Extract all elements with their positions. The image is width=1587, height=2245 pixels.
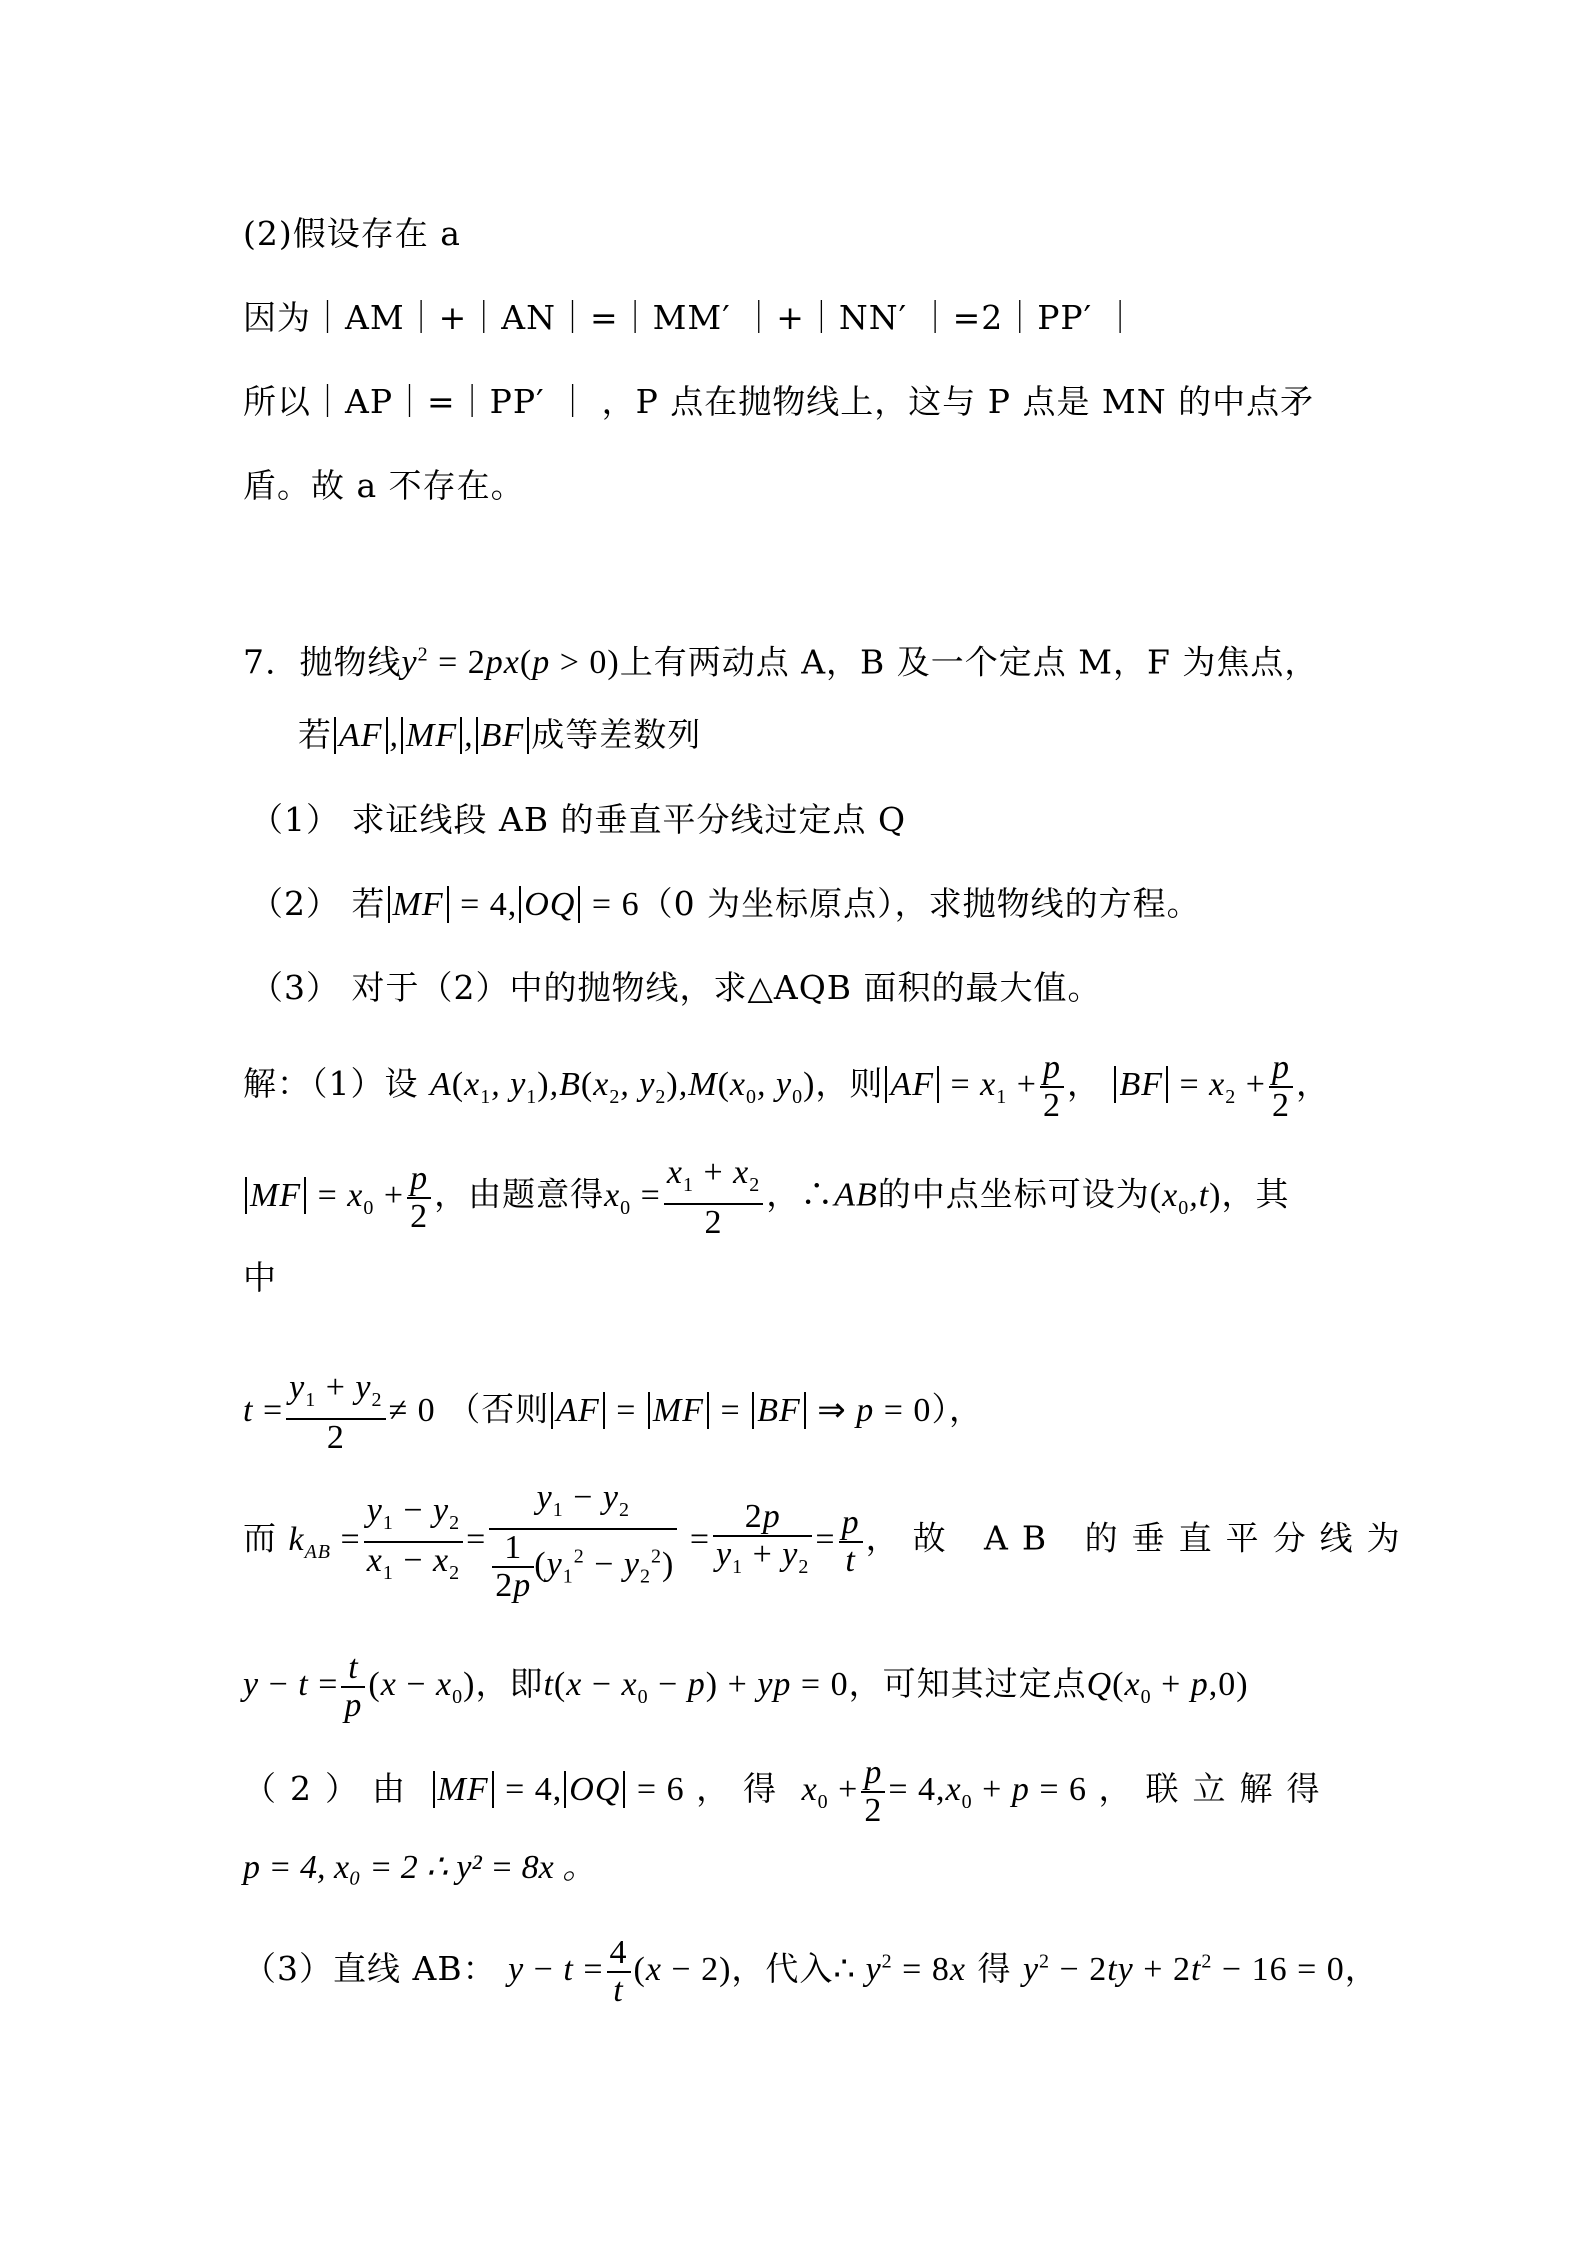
solution-line-1: 解：（1）设 A(x1, y1),B(x2, y2),M(x0, y0)，则AF… — [243, 1050, 1330, 1124]
solution-line-2: MF = x0 +p2，由题意得x0 =x1 + x22，∴AB的中点坐标可设为… — [243, 1155, 1289, 1241]
part-2: （2） 若MF = 4,OQ = 6（0 为坐标原点），求抛物线的方程。 — [250, 884, 1201, 925]
sol-part3: （3）直线 AB： — [243, 1949, 497, 1988]
parabola-equation: y2 = 2px(p > 0) — [401, 644, 619, 681]
solution-line-6: y − t =tp(x − x0)，即t(x − x0 − p) + yp = … — [243, 1650, 1249, 1724]
part-1: （1） 求证线段 AB 的垂直平分线过定点 Q — [250, 800, 906, 840]
part-label: （2） — [250, 884, 340, 923]
prior-solution-line-1: (2)假设存在 a — [243, 214, 461, 254]
slope-derivation: kAB =y1 − y2x1 − x2=y1 − y212p(y12 − y22… — [289, 1521, 866, 1558]
problem-number: 7. — [243, 642, 277, 681]
sol-join: ，联立解得 — [1099, 1769, 1334, 1808]
sol-ji: ，即 — [475, 1664, 543, 1703]
ab-symbol: AB — [834, 1177, 878, 1214]
sol-therefore: ，∴ — [766, 1175, 834, 1214]
part-text: 求证线段 AB 的垂直平分线过定点 Q — [352, 800, 907, 839]
solution-line-3: 中 — [243, 1258, 277, 1298]
t-formula: t =y1 + y22≠ 0 — [243, 1392, 436, 1429]
sol-given: ，由题意得 — [434, 1175, 604, 1214]
prior-solution-line-4: 盾。故 a 不存在。 — [243, 466, 525, 506]
sol-de: ，得 — [696, 1769, 790, 1808]
af-formula: AF = x1 +p2 — [883, 1066, 1067, 1103]
sep: ， — [1296, 1064, 1330, 1103]
points-definition: A(x1, y1),B(x2, y2),M(x0, y0) — [430, 1066, 815, 1103]
parabola-8x: ∴ y2 = 8x — [833, 1951, 966, 1988]
part2-system: x0 +p2= 4,x0 + p = 6 — [802, 1771, 1087, 1808]
sol-know: ，可知其过定点 — [849, 1664, 1087, 1703]
line-ab-equation: y − t =4t(x − 2) — [508, 1951, 731, 1988]
solution-line-9: （3）直线 AB： y − t =4t(x − 2)，代入∴ y2 = 8x 得… — [243, 1935, 1379, 2009]
bisector-equation: y − t =tp(x − x0) — [243, 1666, 475, 1703]
sep: ， — [1067, 1064, 1101, 1103]
solution-line-4: t =y1 + y22≠ 0 （否则AF = MF = BF ⇒ p = 0）， — [243, 1370, 983, 1456]
note-pre: （否则 — [447, 1390, 549, 1429]
midpoint: (x0,t) — [1150, 1177, 1222, 1214]
sol-sub: ，代入 — [731, 1949, 833, 1988]
part-3: （3） 对于（2）中的抛物线，求△AQB 面积的最大值。 — [250, 968, 1102, 1008]
sol-pre: 解：（1）设 — [243, 1064, 419, 1103]
cond-post: 成等差数列 — [531, 715, 701, 754]
sol-bisector: ，故 AB 的垂直平分线为 — [866, 1519, 1414, 1558]
part2-given: MF = 4,OQ = 6 — [431, 1771, 685, 1808]
part-2-condition: MF = 4,OQ = 6 — [386, 886, 640, 923]
solution-line-7: （2）由 MF = 4,OQ = 6 ，得 x0 +p2= 4,x0 + p =… — [243, 1755, 1334, 1829]
arithmetic-condition: AF,MF,BF — [332, 717, 531, 754]
sol-er: 而 — [243, 1519, 277, 1558]
prior-solution-line-3: 所以｜AP｜=｜PP′ ｜ ，P 点在抛物线上，这与 P 点是 MN 的中点矛 — [243, 382, 1314, 422]
sol-end: ， — [1345, 1949, 1379, 1988]
cond-pre: 若 — [298, 715, 332, 754]
part-text: （0 为坐标原点），求抛物线的方程。 — [640, 884, 1201, 923]
bf-formula: BF = x2 +p2 — [1112, 1066, 1296, 1103]
x0-formula: x0 =x1 + x22 — [604, 1177, 766, 1214]
intro-pre: 抛物线 — [299, 642, 401, 681]
sol-midpoint: 的中点坐标可设为 — [878, 1175, 1150, 1214]
solution-line-5: 而 kAB =y1 − y2x1 − x2=y1 − y212p(y12 − y… — [243, 1480, 1414, 1604]
sol-part2: （2）由 — [243, 1769, 419, 1808]
sol-de2: 得 — [977, 1949, 1011, 1988]
part-label: （1） — [250, 800, 340, 839]
quadratic: y2 − 2ty + 2t2 − 16 = 0 — [1023, 1951, 1345, 1988]
solution-line-8: p = 4, x₀ = 2 ∴ y² = 8x 。 — [243, 1848, 596, 1888]
contradiction: AF = MF = BF ⇒ p = 0 — [549, 1392, 931, 1429]
note-post: ）， — [931, 1390, 983, 1429]
problem-7-statement: 7. 抛物线y2 = 2px(p > 0)上有两动点 A，B 及一个定点 M，F… — [243, 635, 1318, 683]
sol-then: ，则 — [815, 1064, 883, 1103]
prior-solution-line-2: 因为｜AM｜+｜AN｜=｜MM′ ｜+｜NN′ ｜=2｜PP′ ｜ — [243, 298, 1138, 338]
part-pre: 若 — [352, 884, 386, 923]
part-label: （3） — [250, 968, 340, 1007]
sol-qi: ，其 — [1221, 1175, 1289, 1214]
problem-7-condition: 若AF,MF,BF成等差数列 — [298, 715, 701, 756]
line-form: t(x − x0 − p) + yp = 0 — [543, 1666, 848, 1703]
part-text: 对于（2）中的抛物线，求△AQB 面积的最大值。 — [352, 968, 1102, 1007]
intro-post: 上有两动点 A，B 及一个定点 M，F 为焦点， — [620, 642, 1319, 681]
fixed-point-q: Q(x0 + p,0) — [1087, 1666, 1249, 1703]
mf-formula: MF = x0 +p2 — [243, 1177, 434, 1214]
